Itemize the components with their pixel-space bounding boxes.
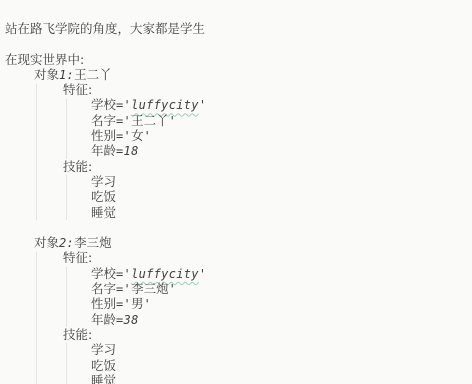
attr-eq: = — [116, 144, 124, 158]
attr-quote: ' — [169, 282, 177, 296]
attr-quote: ' — [199, 267, 207, 281]
attr-key: 学校 — [91, 266, 116, 281]
attr-quote: ' — [144, 297, 152, 311]
attr-value: 男 — [131, 296, 144, 311]
attr-gender: 性别='男' — [0, 296, 472, 311]
object-2-header: 对象2:李三炮 — [0, 235, 472, 250]
object-1-header: 对象1:王二丫 — [0, 67, 472, 82]
attr-eq: =' — [116, 267, 131, 281]
skills-label: 技能: — [0, 159, 472, 174]
skills-label: 技能: — [0, 327, 472, 342]
attr-key: 名字 — [91, 281, 116, 296]
skill-item: 学习 — [0, 342, 472, 357]
attr-eq: =' — [116, 129, 131, 143]
attr-key: 性别 — [91, 296, 116, 311]
attr-value: 18 — [124, 144, 139, 158]
skill-item: 睡觉 — [0, 373, 472, 384]
object-number: 1: — [59, 68, 74, 82]
attr-value: 38 — [124, 313, 139, 327]
object-label: 对象 — [34, 235, 59, 250]
attr-key: 年龄 — [91, 143, 116, 158]
skill-item: 睡觉 — [0, 205, 472, 220]
attr-eq: = — [116, 313, 124, 327]
skill-item: 吃饭 — [0, 358, 472, 373]
attr-eq: =' — [116, 114, 131, 128]
attr-gender: 性别='女' — [0, 128, 472, 143]
skill-item: 吃饭 — [0, 189, 472, 204]
attr-school: 学校='luffycity' — [0, 97, 472, 112]
attr-value: luffycity — [131, 267, 199, 281]
object-name: 李三炮 — [74, 235, 112, 250]
attr-value: 女 — [131, 128, 144, 143]
attr-name: 名字='李三炮' — [0, 281, 472, 296]
attr-key: 性别 — [91, 128, 116, 143]
attr-quote: ' — [169, 114, 177, 128]
object-number: 2: — [59, 236, 74, 250]
attr-key: 年龄 — [91, 312, 116, 327]
attr-key: 学校 — [91, 97, 116, 112]
title-text: 站在路飞学院的角度，大家都是学生 — [5, 21, 205, 36]
attr-key: 名字 — [91, 113, 116, 128]
attr-eq: =' — [116, 282, 131, 296]
attr-name: 名字='王二丫' — [0, 113, 472, 128]
attr-eq: =' — [116, 98, 131, 112]
blank-line — [0, 220, 472, 235]
attr-value: 李三炮 — [131, 281, 169, 296]
attr-quote: ' — [199, 98, 207, 112]
object-label: 对象 — [34, 67, 59, 82]
intro-text: 在现实世界中: — [5, 52, 84, 67]
blank-line — [0, 36, 472, 51]
text-document-canvas[interactable]: 站在路飞学院的角度，大家都是学生 在现实世界中: 对象1:王二丫 特征: 学校=… — [0, 0, 472, 384]
object-name: 王二丫 — [74, 67, 112, 82]
features-label: 特征: — [0, 82, 472, 97]
features-label: 特征: — [0, 250, 472, 265]
attr-value: 王二丫 — [131, 113, 169, 128]
intro-line: 在现实世界中: — [0, 52, 472, 67]
title-line: 站在路飞学院的角度，大家都是学生 — [0, 21, 472, 36]
skill-item: 学习 — [0, 174, 472, 189]
attr-age: 年龄=38 — [0, 312, 472, 327]
attr-age: 年龄=18 — [0, 143, 472, 158]
attr-school: 学校='luffycity' — [0, 266, 472, 281]
attr-eq: =' — [116, 297, 131, 311]
attr-quote: ' — [144, 129, 152, 143]
attr-value: luffycity — [131, 98, 199, 112]
